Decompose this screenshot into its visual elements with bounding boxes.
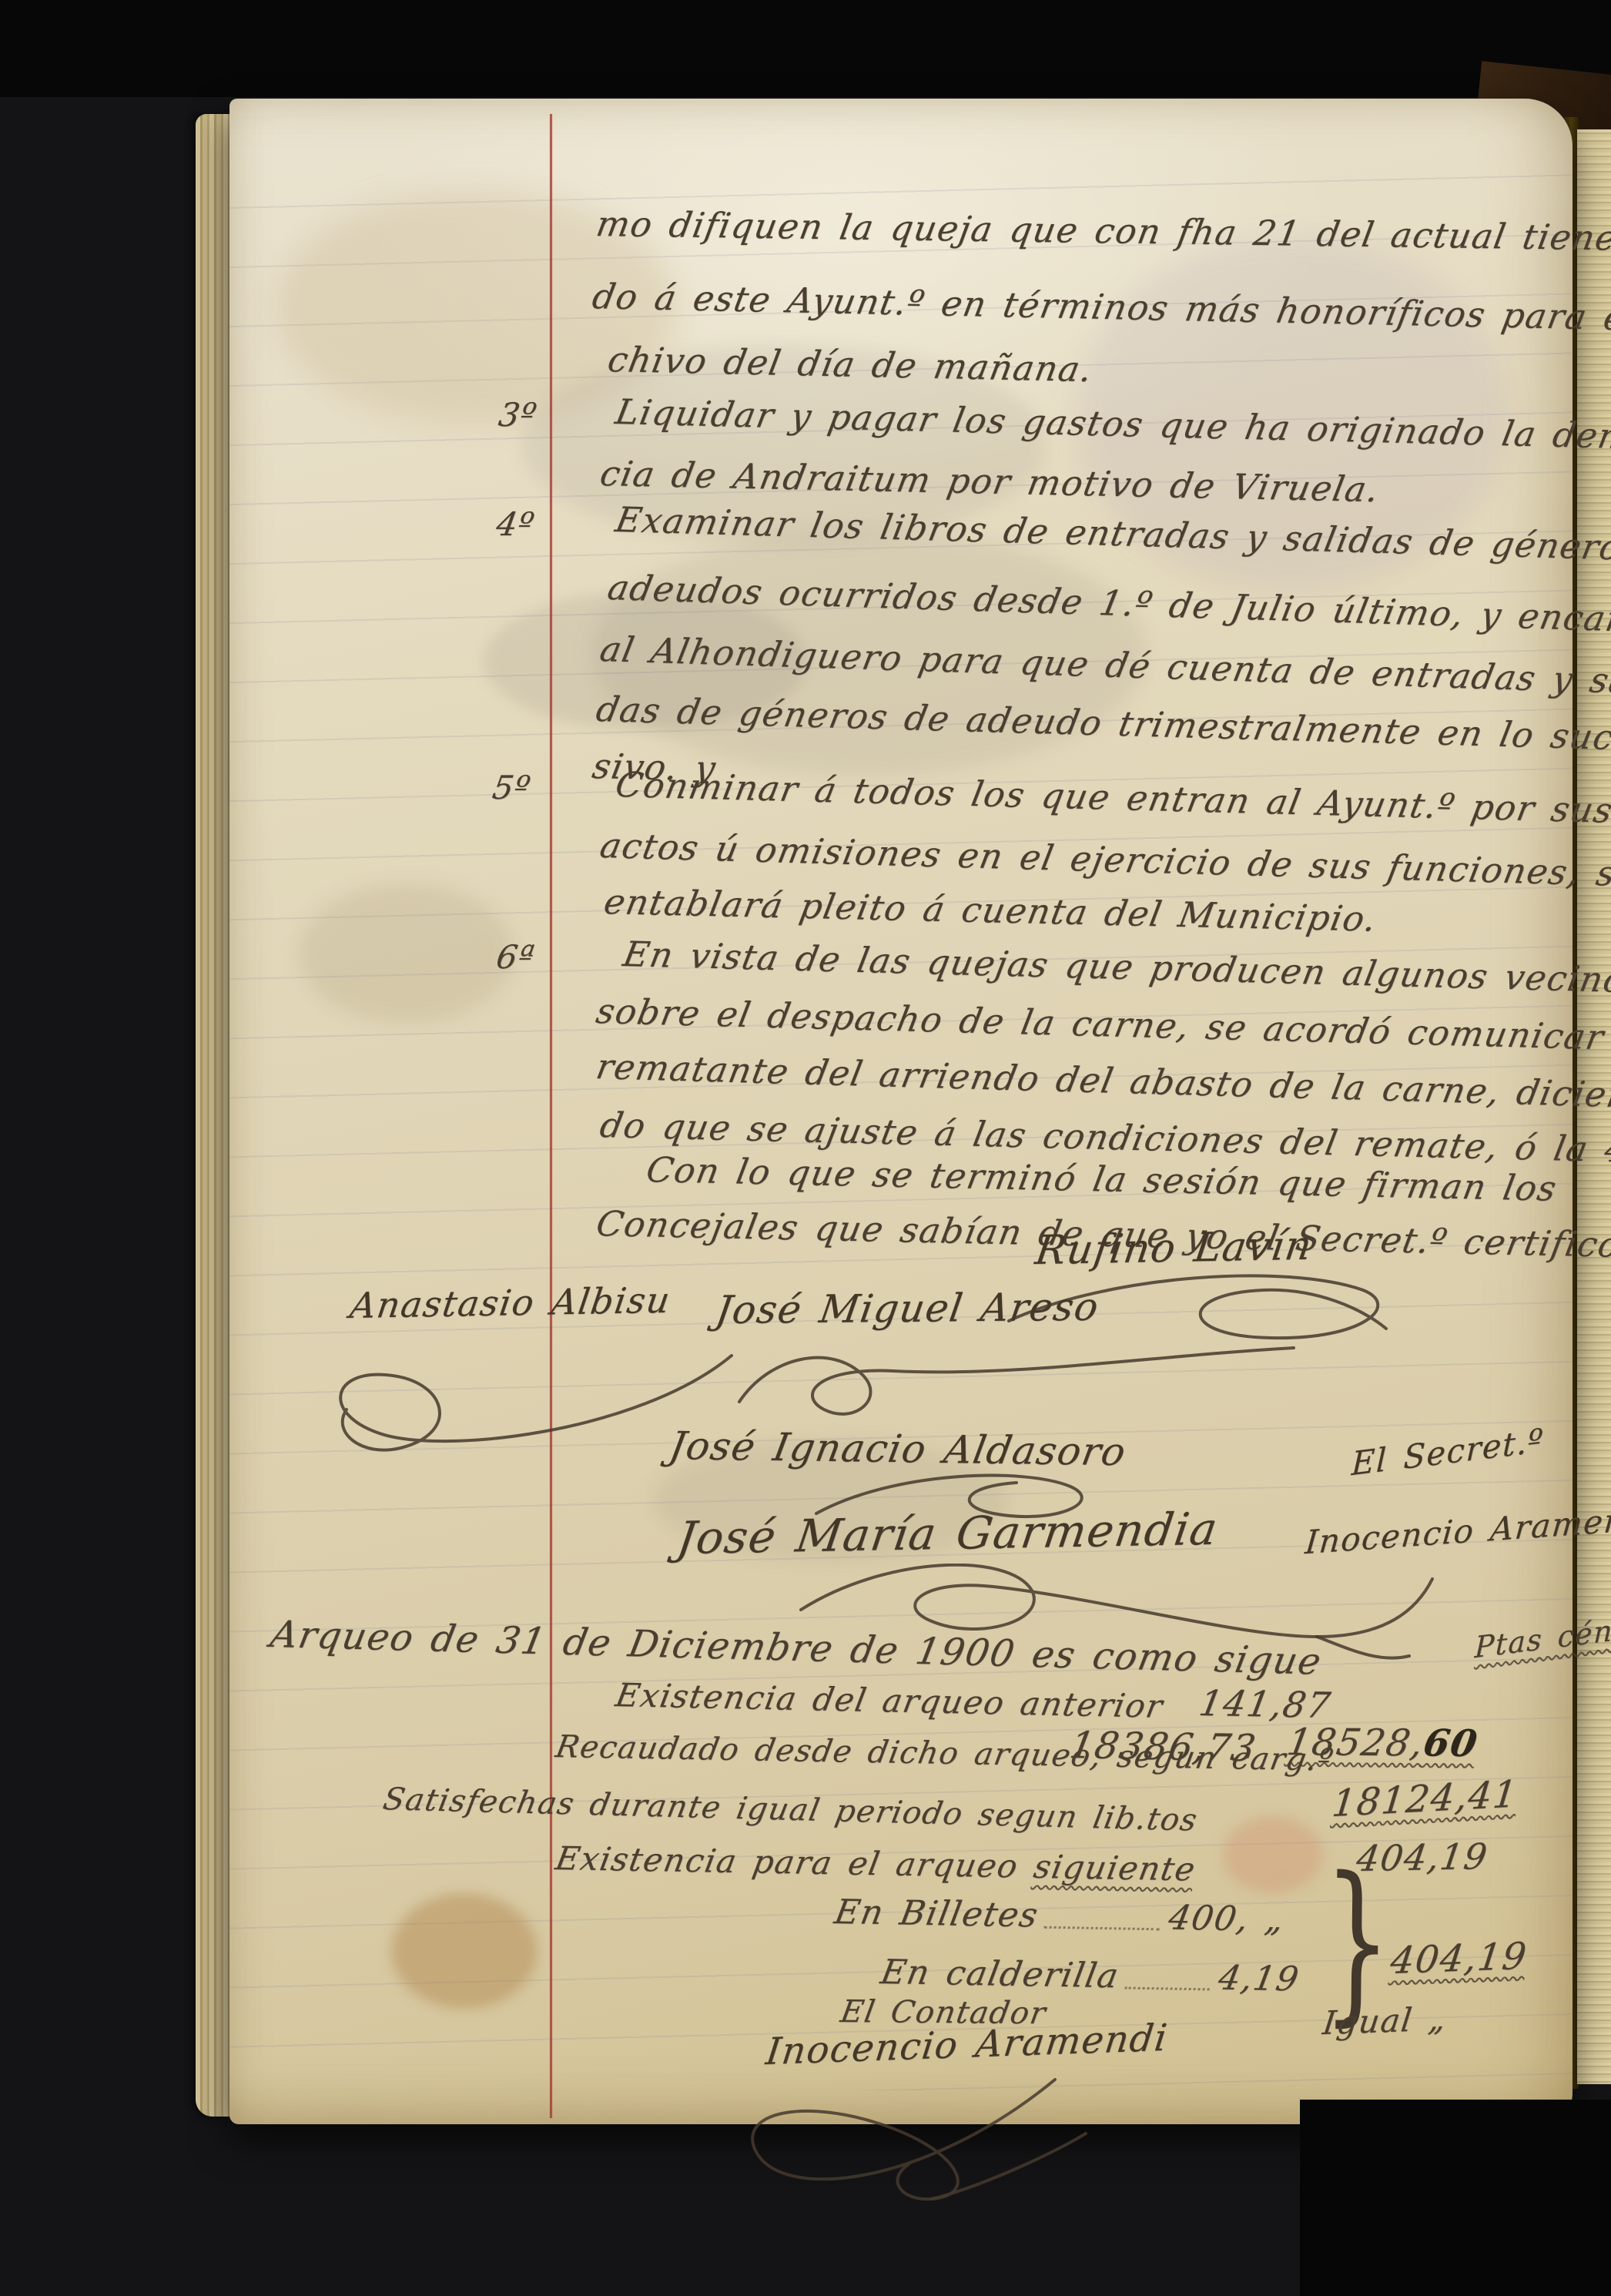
row-value: 400, „ xyxy=(1166,1899,1288,1939)
item-number: 4º xyxy=(494,508,538,541)
dotted-leader xyxy=(1043,1892,1165,1930)
stain xyxy=(391,1893,538,2009)
backdrop-top-shadow xyxy=(0,0,1611,97)
label-text: En Billetes xyxy=(832,1892,1042,1935)
label-text: Existencia para el arqueo xyxy=(553,1839,1022,1885)
backdrop-bottom-right-shadow xyxy=(1300,2100,1611,2296)
arqueo-row-value: 18124,41 xyxy=(1330,1775,1519,1822)
arqueo-row-total: 18528,60 xyxy=(1284,1724,1481,1762)
arqueo-row-label: En Billetes400, „ xyxy=(832,1889,1288,1937)
total-main: 18528, xyxy=(1284,1721,1427,1765)
body-line: chivo del día de mañana. xyxy=(605,342,1096,387)
item-number: 6ª xyxy=(494,941,538,974)
label-text: En calderilla xyxy=(878,1952,1122,1996)
stain xyxy=(299,884,514,1023)
signature-anastasio-albisu: Anastasio Albisu xyxy=(348,1282,673,1323)
igual-note: Igual „ xyxy=(1321,2003,1449,2040)
signature-jose-ignacio-aldasoro: José Ignacio Aldasoro xyxy=(667,1426,1130,1471)
label-word-underlined: siguiente xyxy=(1031,1848,1199,1889)
arqueo-row-value: 141,87 xyxy=(1197,1685,1334,1723)
page-stack-left-edge xyxy=(196,114,234,2117)
arqueo-grand-total: 404,19 xyxy=(1388,1938,1529,1979)
stain xyxy=(1223,1816,1323,1893)
row-value: 4,19 xyxy=(1215,1959,1302,1999)
signature-rufino-lavin: Rufino Lavín xyxy=(1033,1226,1315,1271)
total-corrected-cents: 60 xyxy=(1420,1722,1481,1766)
item-number: 3º xyxy=(497,399,540,431)
arqueo-row-label: En calderilla4,19 xyxy=(878,1949,1303,1996)
dotted-leader xyxy=(1124,1953,1215,1991)
signature-jose-miguel-areso: José Miguel Areso xyxy=(713,1288,1101,1329)
signature-flourish xyxy=(724,2072,1201,2203)
item-number: 5º xyxy=(491,772,534,804)
signature-jose-maria-garmendia: José María Garmendia xyxy=(675,1507,1221,1560)
signature-flourish xyxy=(724,1332,1309,1440)
arqueo-row-value: 18386,73 xyxy=(1067,1727,1259,1767)
manuscript-page: mo difiquen la queja que con fha 21 del … xyxy=(229,99,1572,2124)
